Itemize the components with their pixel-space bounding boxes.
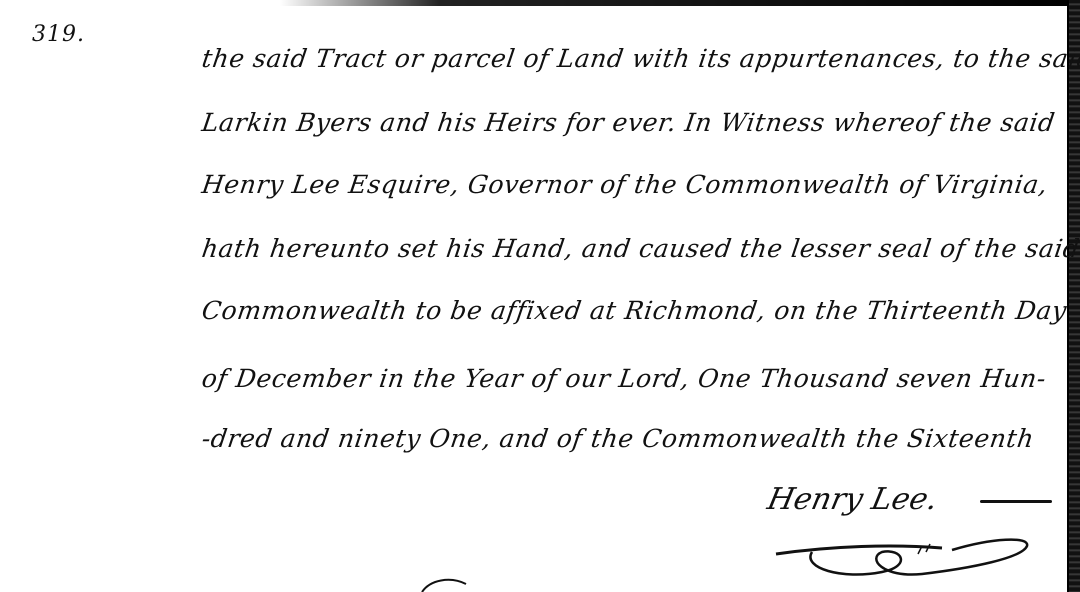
text-line-3: Henry Lee Esquire, Governor of the Commo… [200,170,1050,199]
text-line-2: Larkin Byers and his Heirs for ever. In … [200,108,1057,137]
text-line-7: -dred and ninety One, and of the Commonw… [200,424,1036,453]
bottom-ink-arc [420,576,480,592]
signature-dash [980,500,1052,503]
signature-flourish-icon [772,528,1042,584]
document-page: 319. the said Tract or parcel of Land wi… [0,0,1080,592]
text-line-6: of December in the Year of our Lord, One… [200,364,1048,393]
page-number: 319. [32,22,85,47]
text-line-4: hath hereunto set his Hand, and caused t… [200,234,1080,263]
scan-top-edge [280,0,1080,6]
signature: Henry Lee. [764,482,940,517]
text-line-5: Commonwealth to be affixed at Richmond, … [200,296,1069,325]
text-line-1: the said Tract or parcel of Land with it… [200,44,1080,73]
